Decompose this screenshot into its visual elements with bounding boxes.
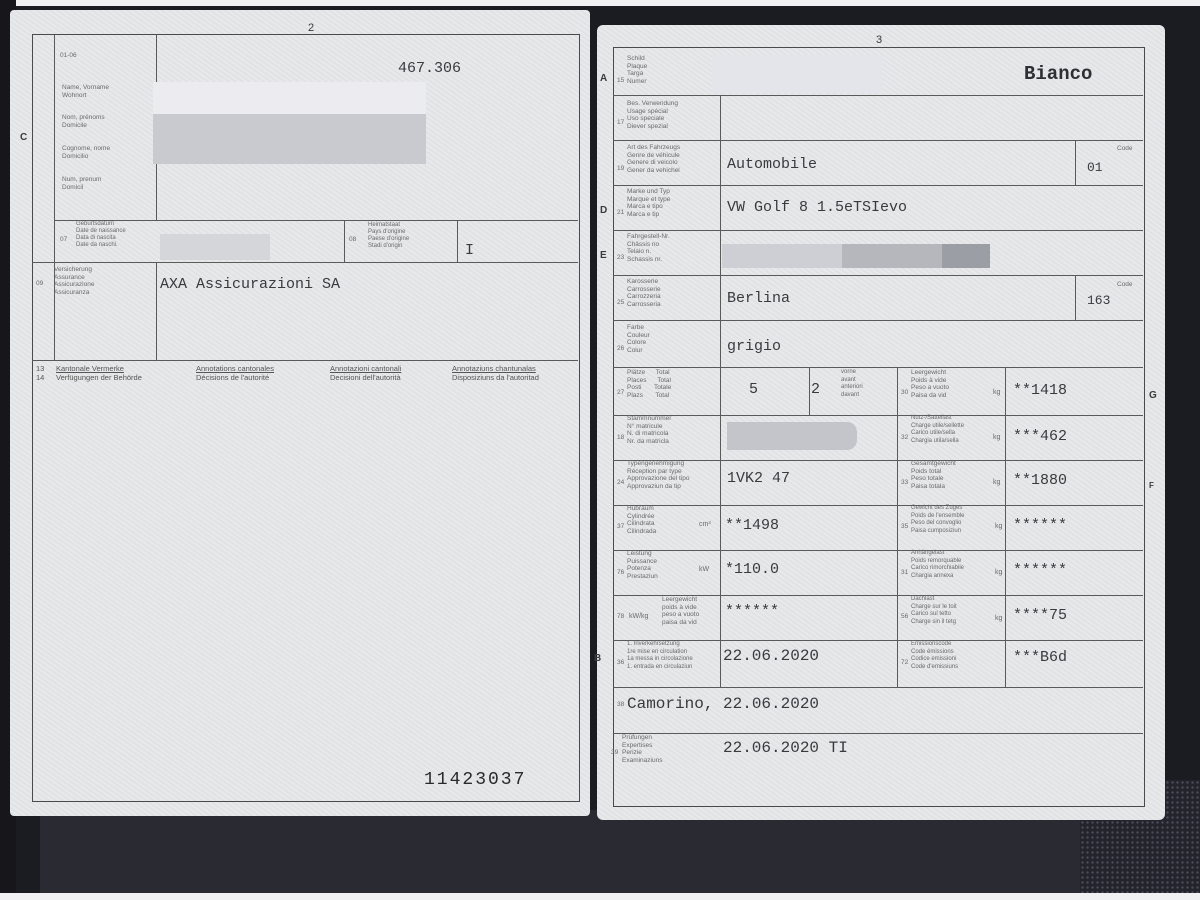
page-number: 3	[876, 34, 882, 46]
body-value: Berlina	[727, 290, 790, 307]
margin-letter-d: D	[600, 205, 607, 216]
annotation-fr: Annotations cantonalesDécisions de l'aut…	[196, 364, 274, 382]
total-weight-value: **1880	[1013, 472, 1067, 489]
make-model-value: VW Golf 8 1.5eTSIevo	[727, 199, 907, 216]
page-number: 2	[308, 22, 314, 34]
divider	[54, 35, 55, 361]
first-registration-label: 1. Inverkehrsetzung 1re mise en circulat…	[627, 641, 693, 671]
roof-load-value: ****75	[1013, 607, 1067, 624]
type-approval-value: 1VK2 47	[727, 470, 790, 487]
total-weight-label: Gesamtgewicht Poids total Peso totale Pa…	[911, 460, 956, 490]
field-code: 37	[617, 523, 624, 530]
train-weight-value: ******	[1013, 517, 1067, 534]
margin-letter-g: G	[1149, 390, 1157, 401]
field-code: 78	[617, 613, 624, 620]
divider	[1005, 367, 1006, 687]
divider	[613, 275, 1143, 276]
divider	[613, 460, 1143, 461]
divider	[613, 367, 1143, 368]
margin-letter-b: B	[594, 653, 601, 664]
field-code: 31	[901, 569, 908, 576]
code-label: Code	[1117, 281, 1133, 289]
field-code: 26	[617, 345, 624, 352]
payload-value: ***462	[1013, 428, 1067, 445]
holder-value: 467.306	[398, 60, 461, 77]
divider	[897, 367, 898, 687]
code-range: 01-06	[60, 52, 77, 60]
divider	[613, 95, 1143, 96]
field-code: 17	[617, 119, 624, 126]
special-use-label: Bes. Verwendung Usage spécial Uso specia…	[627, 100, 678, 130]
redacted-holder-name	[153, 82, 426, 114]
field-code: 08	[349, 236, 356, 243]
redacted-holder-address	[153, 114, 426, 164]
field-code: 23	[617, 254, 624, 261]
field-code: 35	[901, 523, 908, 530]
field-code: 72	[901, 659, 908, 666]
field-code: 33	[901, 479, 908, 486]
margin-letter-e: E	[600, 250, 607, 261]
trailer-load-value: ******	[1013, 562, 1067, 579]
power-label: Leistung Puissance Potenza Prestaziun	[627, 550, 658, 580]
field-code: 21	[617, 209, 624, 216]
holder-label-it: Cognome, nome Domicilio	[62, 145, 110, 160]
roof-load-label: Dachlast Charge sur le toit Carico sul t…	[911, 596, 957, 626]
field-code: 30	[901, 389, 908, 396]
divider	[613, 140, 1143, 141]
empty-weight-label: Leergewicht Poids à vide Peso a vuoto Pa…	[911, 369, 949, 399]
divider	[613, 230, 1143, 231]
divider	[613, 320, 1143, 321]
margin-letter-f: F	[1149, 481, 1154, 490]
divider	[1075, 140, 1076, 185]
divider	[344, 220, 345, 262]
plate-label: Schild Plaque Targa Numer	[627, 55, 647, 85]
redacted-plate-number	[712, 55, 882, 93]
right-page-frame	[613, 47, 1145, 807]
seats-total: 5	[749, 381, 758, 398]
divider	[613, 733, 1143, 734]
seats-front: 2	[811, 381, 820, 398]
field-code: 56	[901, 613, 908, 620]
annotation-title: Annotazioni cantonali	[330, 364, 401, 373]
background-fabric	[40, 810, 1200, 894]
unit-label: kg	[995, 523, 1002, 530]
margin-letter-a: A	[600, 73, 607, 84]
top-border	[0, 0, 1200, 6]
annotation-subtitle: Disposiziuns da l'autoritad	[452, 373, 539, 382]
vehicle-type-value: Automobile	[727, 156, 817, 173]
divider	[32, 360, 578, 361]
redacted-chassis-number	[722, 244, 842, 268]
right-page: 3 A D E B G F 15 Schild Plaque Targa Num…	[597, 25, 1165, 820]
insurance-value: AXA Assicurazioni SA	[160, 276, 340, 293]
divider	[32, 262, 578, 263]
annotation-title: Annotations cantonales	[196, 364, 274, 373]
displacement-label: Hubraum Cylindrée Cilindrata Cilindrada	[627, 505, 656, 535]
unit-label: kg	[995, 569, 1002, 576]
annotation-de: Kantonale VermerkeVerfügungen der Behörd…	[56, 364, 142, 382]
power-weight-value: ******	[725, 603, 779, 620]
divider	[156, 262, 157, 360]
divider	[613, 185, 1143, 186]
color-label: Farbe Couleur Colore Colur	[627, 324, 650, 354]
train-weight-label: Gewicht des Zuges Poids de l'ensemble Pe…	[911, 505, 965, 535]
field-code: 07	[60, 236, 67, 243]
unit-label: kg	[993, 434, 1000, 441]
trailer-load-label: Anhängelast Poids remorquable Carico rim…	[911, 550, 964, 580]
field-code: 15	[617, 77, 624, 84]
field-code: 32	[901, 434, 908, 441]
inspection-value: 22.06.2020 TI	[723, 739, 848, 757]
body-code: 163	[1087, 293, 1110, 308]
field-code: 76	[617, 569, 624, 576]
divider	[613, 415, 1143, 416]
origin-value: I	[465, 242, 474, 259]
redacted-chassis-number	[842, 244, 942, 268]
margin-letter-c: C	[20, 132, 27, 143]
origin-label: Heimatstaat Pays d'origine Paese d'origi…	[368, 222, 409, 250]
birth-date-label: Geburtsdatum Date de naissance Data di n…	[76, 221, 126, 249]
code-label: Code	[1117, 145, 1133, 153]
vehicle-type-code: 01	[1087, 160, 1103, 175]
divider	[457, 220, 458, 262]
divider	[613, 687, 1143, 688]
annotation-title: Kantonale Vermerke	[56, 364, 124, 373]
seats-front-label: vorne avant anteriori davant	[841, 369, 863, 399]
plate-value: Bianco	[1024, 63, 1092, 85]
redacted-chassis-number	[942, 244, 990, 268]
field-code: 27	[617, 389, 624, 396]
emissions-label: Emissionscode Code émissions Codice emis…	[911, 641, 958, 671]
inspection-label: Prüfungen Expertises Perizie Examinaziun…	[622, 734, 662, 764]
payload-label: Nutz-/Sattellast Charge utile/sellette C…	[911, 415, 964, 445]
unit-label: kg	[993, 479, 1000, 486]
field-code: 18	[617, 434, 624, 441]
annotation-subtitle: Verfügungen der Behörde	[56, 373, 142, 382]
place-date-value: Camorino, 22.06.2020	[627, 695, 819, 713]
type-approval-label: Typengenehmigung Réception par type Appr…	[627, 460, 690, 490]
field-code: 19	[617, 165, 624, 172]
divider	[720, 95, 721, 687]
registration-number-label: Stammnummer N° matricule N. di matricola…	[627, 415, 671, 445]
field-code: 24	[617, 479, 624, 486]
unit-label: kW/kg	[629, 613, 648, 620]
displacement-value: **1498	[725, 517, 779, 534]
holder-label-de: Name, Vorname Wohnort	[62, 84, 109, 99]
seats-label: Plätze Total Places Total Posti Totale P…	[627, 369, 671, 399]
field-code: 25	[617, 299, 624, 306]
field-code: 38	[617, 701, 624, 708]
vehicle-type-label: Art des Fahrzeugs Genre de véhicule Gene…	[627, 144, 680, 174]
annotation-subtitle: Decisioni dell'autorità	[330, 373, 401, 382]
insurance-label: Versicherung Assurance Assicurazione Ass…	[54, 266, 94, 296]
bottom-border	[0, 893, 1200, 900]
field-code: 09	[36, 280, 43, 287]
emissions-value: ***B6d	[1013, 649, 1067, 666]
annotation-subtitle: Décisions de l'autorité	[196, 373, 269, 382]
unit-label: kg	[995, 615, 1002, 622]
field-code: 13 14	[36, 364, 44, 382]
annotation-title: Annotaziuns chantunalas	[452, 364, 536, 373]
make-model-label: Marke und Typ Marque et type Marca e tip…	[627, 188, 670, 218]
first-registration-value: 22.06.2020	[723, 647, 819, 665]
unit-label: cm³	[699, 521, 711, 528]
divider	[613, 550, 1143, 551]
holder-label-rm: Num, prenum Domicil	[62, 176, 101, 191]
chassis-label: Fahrgestell-Nr. Châssis no Telaio n. Sch…	[627, 233, 670, 263]
holder-label-fr: Nom, prénoms Domicile	[62, 114, 105, 129]
redacted-birth-date	[160, 234, 270, 260]
unit-label: kg	[993, 389, 1000, 396]
unit-label: kW	[699, 566, 709, 573]
annotation-it: Annotazioni cantonaliDecisioni dell'auto…	[330, 364, 401, 382]
redacted-registration-number	[727, 422, 857, 450]
left-page: 2 C 01-06 Name, Vorname Wohnort Nom, pré…	[10, 10, 590, 816]
field-code: 39	[611, 749, 618, 756]
divider	[809, 367, 810, 415]
divider	[613, 505, 1143, 506]
serial-number: 11423037	[424, 770, 526, 790]
power-value: *110.0	[725, 561, 779, 578]
field-code: 36	[617, 659, 624, 666]
empty-weight-value: **1418	[1013, 382, 1067, 399]
divider	[54, 220, 578, 221]
divider	[1075, 275, 1076, 320]
color-value: grigio	[727, 338, 781, 355]
annotation-rm: Annotaziuns chantunalasDisposiziuns da l…	[452, 364, 539, 382]
body-label: Karosserie Carrosserie Carrozzeria Carro…	[627, 278, 661, 308]
power-weight-label: Leergewicht poids à vide peso a vuoto pa…	[662, 596, 699, 626]
